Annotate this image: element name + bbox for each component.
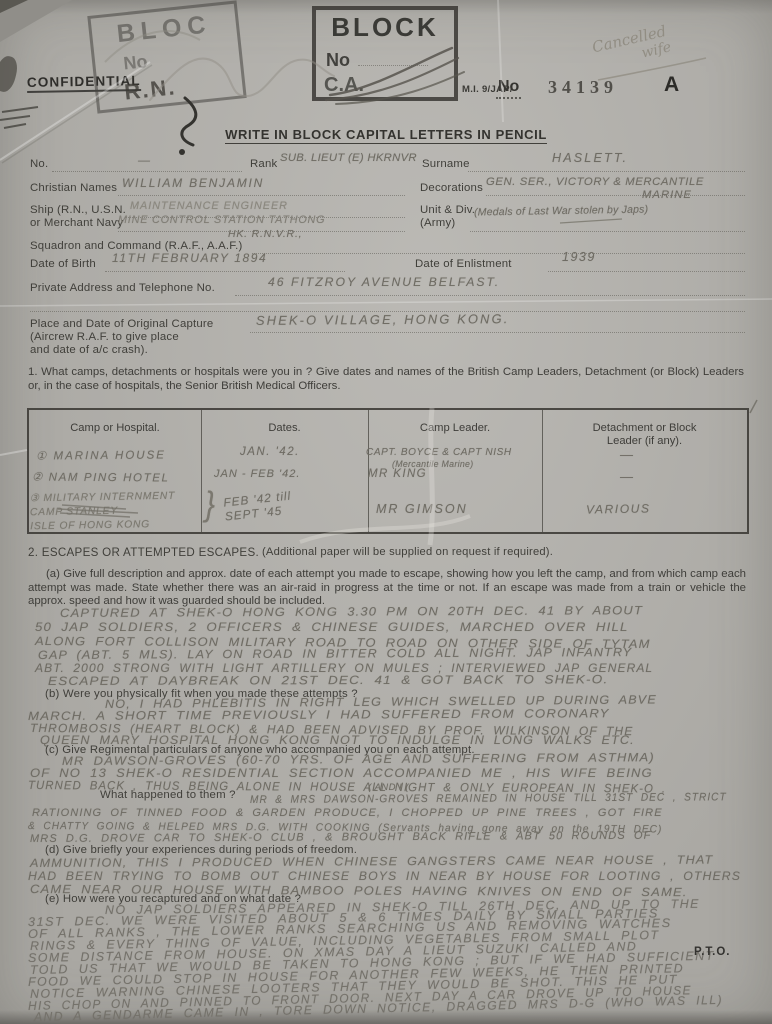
answer-line: AMMUNITION, THIS I PRODUCED WHEN CHINESE…	[30, 853, 713, 870]
christian-names-value: WILLIAM BENJAMIN	[122, 176, 264, 190]
rank-value: SUB. LIEUT (E) HKRNVR	[280, 152, 417, 164]
ref-no-label: No	[496, 78, 521, 99]
capture-label-2: (Aircrew R.A.F. to give place	[30, 331, 179, 343]
christian-names-label: Christian Names	[30, 182, 117, 194]
dotted-line	[235, 294, 745, 296]
table-row-block-leader: VARIOUS	[586, 501, 651, 516]
ship-label-2: or Merchant Navy	[30, 217, 123, 229]
date-of-birth-value: 11TH FEBRUARY 1894	[112, 251, 267, 265]
answer-line: GAP (ABT. 5 MLS). LAY ON ROAD IN BITTER …	[38, 645, 632, 662]
no-value: —	[138, 153, 151, 167]
stamp-text: C.A.	[324, 74, 364, 97]
date-of-birth-label: Date of Birth	[30, 258, 96, 270]
question-2-title: 2. ESCAPES OR ATTEMPTED ESCAPES.	[28, 546, 259, 559]
dotted-line	[470, 230, 745, 232]
form-instruction-text: WRITE IN BLOCK CAPITAL LETTERS IN PENCIL	[225, 127, 547, 144]
pto-label: P.T.O.	[694, 946, 730, 958]
ship-value-1: MAINTENANCE ENGINEER	[130, 200, 288, 212]
dotted-line	[250, 331, 745, 333]
table-header-camp: Camp or Hospital.	[29, 422, 201, 435]
block-number-stamp-rn: BLOC No R.N.	[87, 0, 246, 113]
dotted-line	[52, 170, 242, 172]
dotted-line	[118, 194, 405, 196]
stamp-text: No	[122, 51, 148, 74]
dotted-line	[548, 270, 745, 272]
date-of-enlistment-label: Date of Enlistment	[415, 258, 512, 270]
capture-value: SHEK-O VILLAGE, HONG KONG.	[256, 311, 510, 328]
unit-div-label: Unit & Div.	[420, 204, 475, 216]
rank-label: Rank	[250, 158, 277, 170]
answer-line: HAD BEEN TRYING TO BOMB OUT CHINESE BOYS…	[28, 869, 741, 883]
table-row-dates: JAN - FEB '42.	[214, 468, 300, 480]
table-row-leader: MR GIMSON	[376, 502, 468, 516]
unit-div-value: (Medals of Last War stolen by Japs)	[474, 203, 648, 218]
answer-line: MRS D.G. DROVE CAR TO SHEK-O CLUB , & BR…	[30, 830, 651, 845]
table-row-dates-brace: }	[205, 485, 215, 524]
stamp-text: BLOC	[91, 8, 237, 52]
no-label: No.	[30, 158, 48, 170]
tape-blob	[0, 54, 20, 94]
ref-suffix: A	[664, 73, 679, 97]
table-header-dates: Dates.	[201, 422, 368, 435]
date-of-enlistment-value: 1939	[562, 250, 596, 264]
decorations-label: Decorations	[420, 182, 483, 194]
table-row-block-leader: —	[620, 469, 634, 484]
stamp-text: R.N.	[123, 74, 177, 105]
decorations-value: GEN. SER., VICTORY & MERCANTILE	[486, 176, 704, 188]
ref-number: 34139	[548, 77, 618, 98]
surname-value: HASLETT.	[552, 151, 628, 165]
table-row-leader: CAPT. BOYCE & CAPT NISH	[366, 447, 512, 458]
table-row-dates: JAN. '42.	[240, 446, 300, 458]
decorations-value-2: MARINE	[642, 189, 692, 201]
pow-questionnaire-scan: CONFIDENTIAL BLOC No R.N. BLOCK No C.A. …	[0, 0, 772, 1024]
dotted-line	[105, 270, 345, 272]
table-row-camp: ③ MILITARY INTERNMENT CAMP STANLEY ISLE …	[30, 490, 176, 535]
block-number-stamp-ca: BLOCK No C.A.	[312, 6, 458, 101]
unit-div-label-2: (Army)	[420, 217, 455, 229]
table-header-leader: Camp Leader.	[368, 422, 542, 435]
answer-line: RATIONING OF TINNED FOOD & GARDEN PRODUC…	[32, 807, 663, 819]
capture-label-3: and date of a/c crash).	[30, 344, 148, 356]
dotted-line	[486, 194, 745, 196]
address-value: 46 FITZROY AVENUE BELFAST.	[268, 275, 500, 289]
dotted-line	[468, 170, 745, 172]
stamp-text: BLOCK	[316, 12, 454, 43]
address-label: Private Address and Telephone No.	[30, 282, 215, 294]
answer-line: MR & MRS DAWSON-GROVES REMAINED IN HOUSE…	[250, 791, 727, 806]
form-instruction-heading: WRITE IN BLOCK CAPITAL LETTERS IN PENCIL	[0, 126, 772, 144]
answer-line: ESCAPED AT DAYBREAK ON 21ST DEC. 41 & GO…	[48, 672, 608, 688]
insertion-caret: ( AND I (	[368, 782, 409, 793]
table-header-block-leader: Detachment or Block Leader (if any).	[542, 422, 747, 448]
capture-label: Place and Date of Original Capture	[30, 318, 213, 330]
what-happened-text: What happened to them ?	[100, 789, 236, 801]
dotted-line	[358, 64, 428, 66]
table-row-leader: MR KING	[368, 468, 427, 480]
table-row-block-leader: —	[620, 447, 634, 462]
ship-label: Ship (R.N., U.S.N.	[30, 204, 126, 216]
surname-label: Surname	[422, 158, 470, 170]
answer-line: CAPTURED AT SHEK-O HONG KONG 3.30 PM ON …	[60, 603, 643, 620]
ship-value-2: MINE CONTROL STATION TATHONG	[118, 214, 325, 226]
stamp-text: No	[326, 50, 350, 71]
dotted-line	[252, 252, 745, 254]
answer-line: 50 JAP SOLDIERS, 2 OFFICERS & CHINESE GU…	[35, 620, 629, 634]
question-2-note: (Additional paper will be supplied on re…	[262, 546, 553, 558]
question-1-text: 1. What camps, detachments or hospitals …	[28, 366, 744, 393]
table-row-camp: ② NAM PING HOTEL	[32, 470, 170, 485]
table-row-camp: ① MARINA HOUSE	[36, 447, 166, 462]
pencil-cancellation-note: Cancelled wife	[589, 22, 673, 73]
ship-value-3: HK. R.N.V.R.,	[228, 228, 302, 240]
